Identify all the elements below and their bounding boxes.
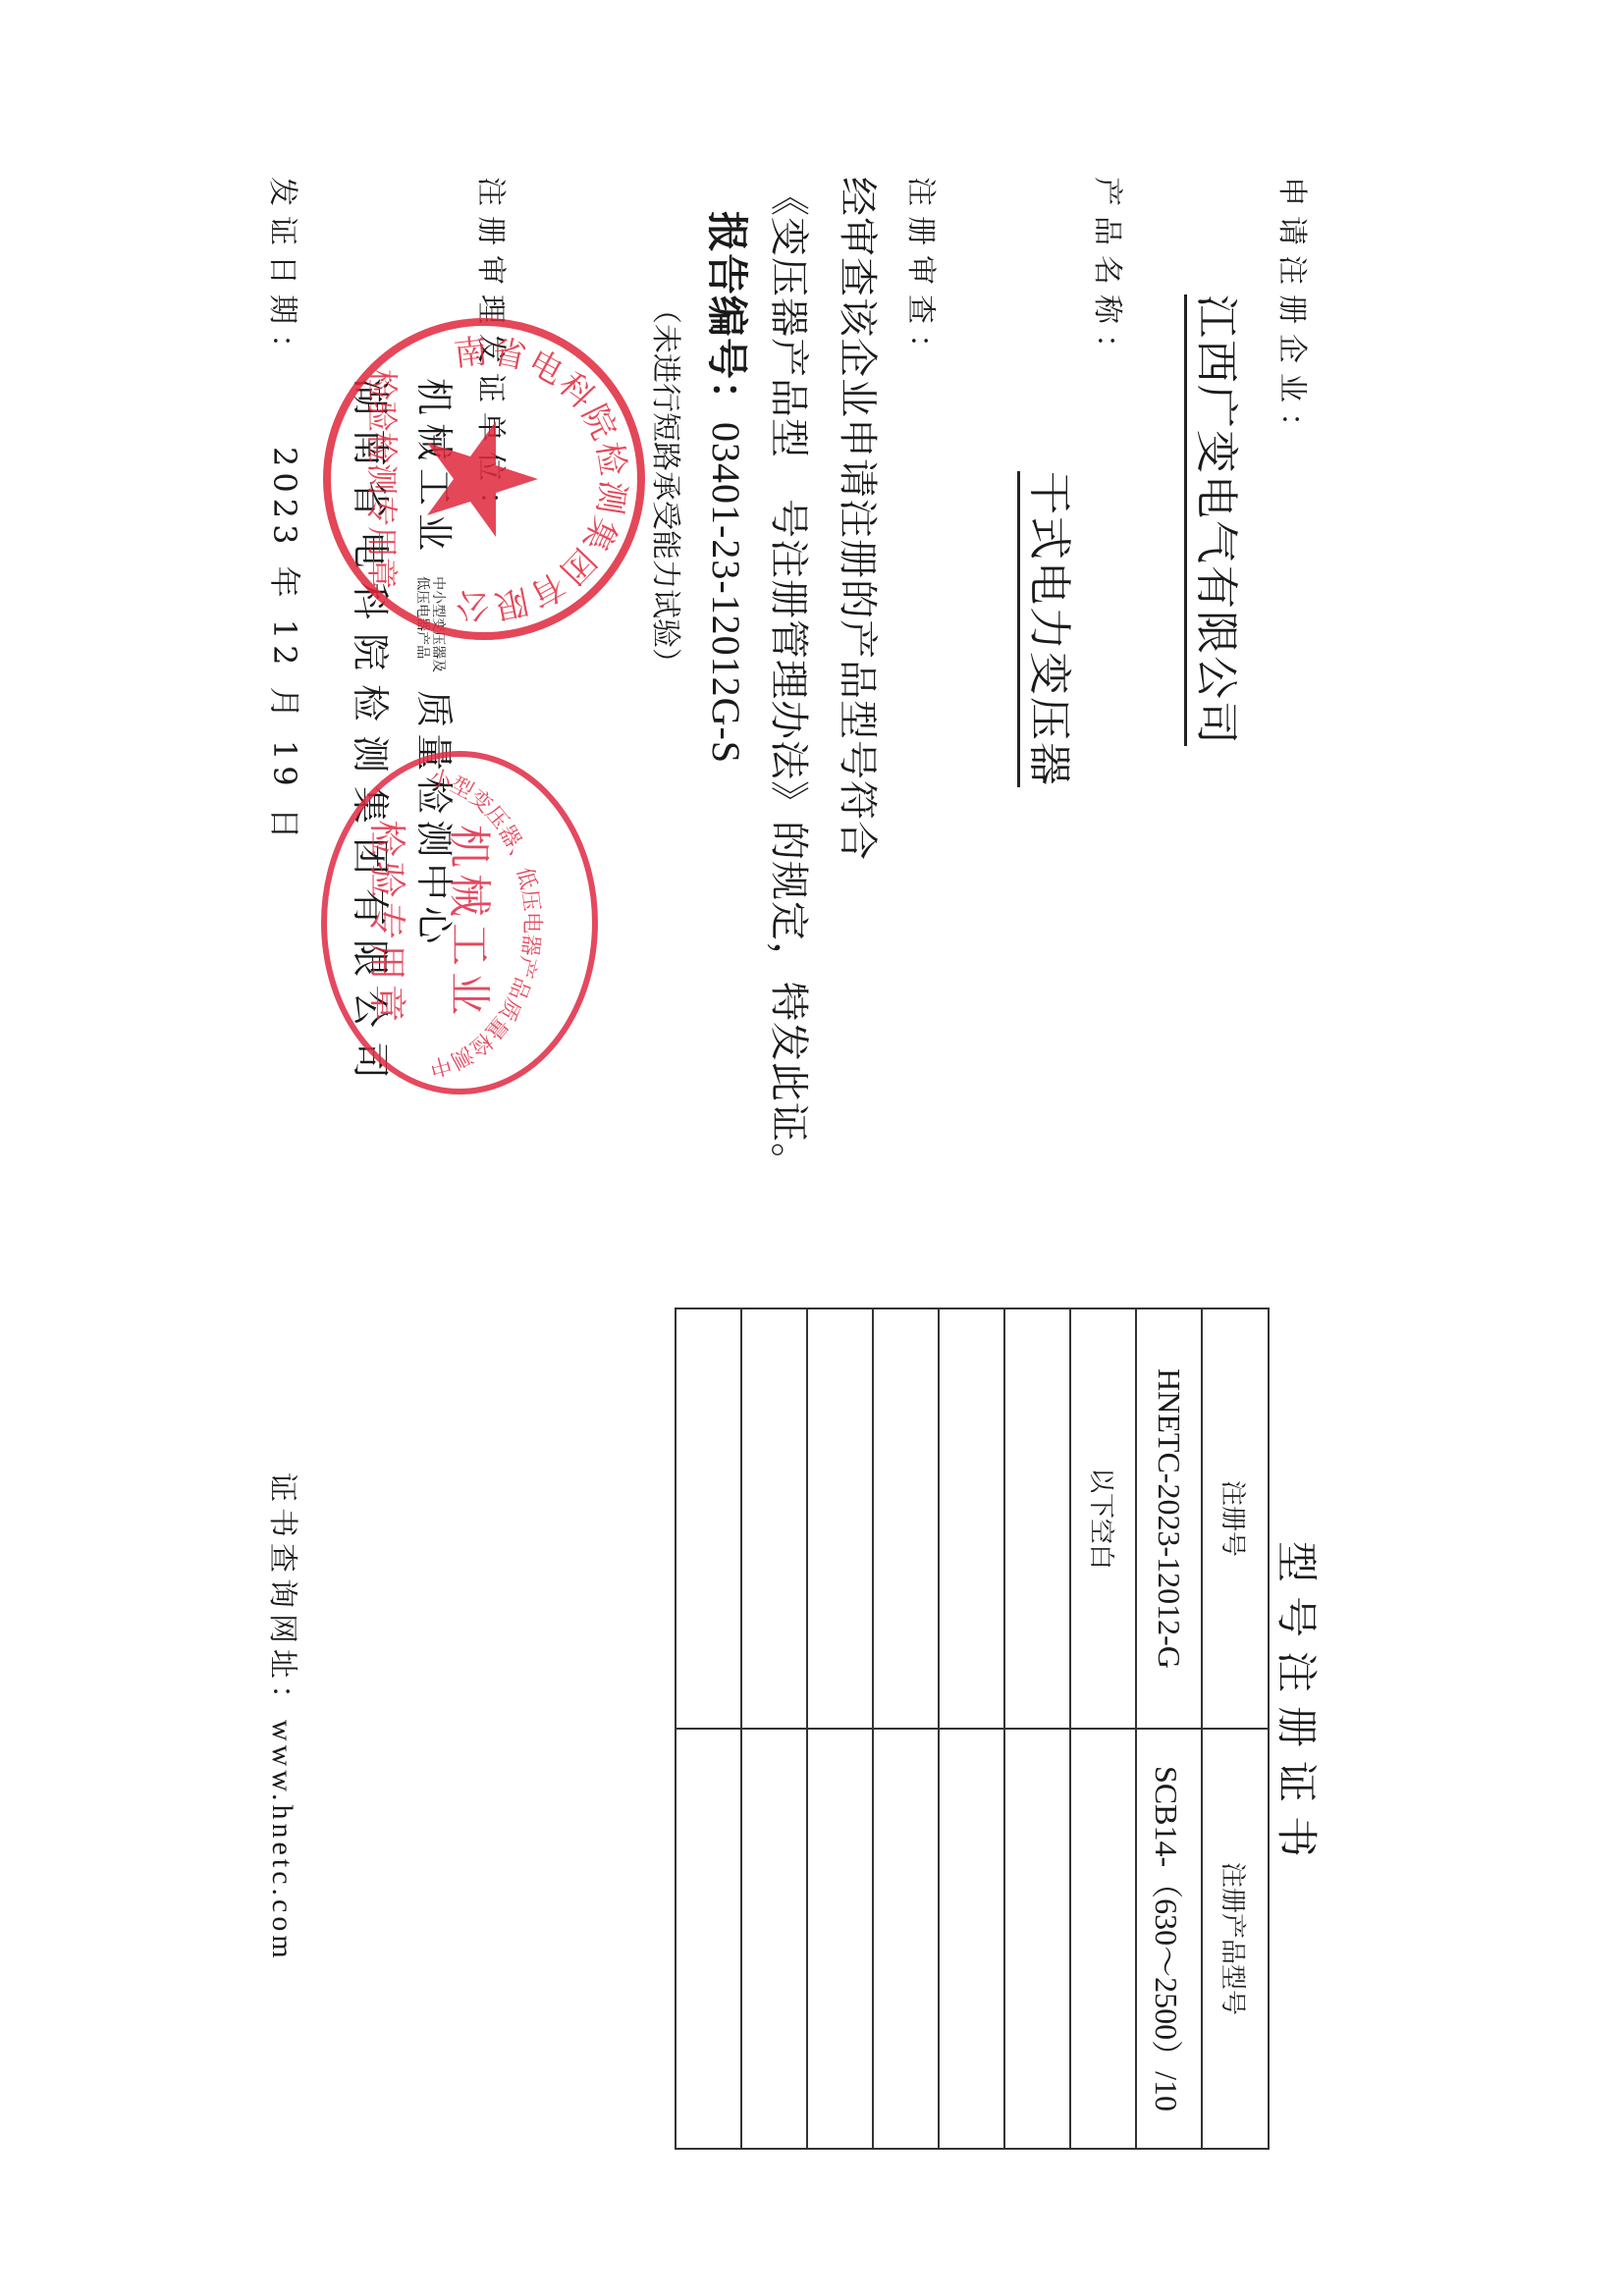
issue-date: 2023 年 12 月 19 日: [264, 447, 309, 845]
certificate-page: 申请注册企业： 江西广变电气有限公司 产品名称： 干式电力变压器 注册审查： 经…: [0, 0, 1623, 2296]
product-model-cell: SCB14-（630～2500）/10: [1136, 1729, 1202, 2149]
report-number: 03401-23-12012G-S: [704, 422, 748, 764]
product-model-cell: [1004, 1729, 1070, 2149]
registration-number-cell: [939, 1308, 1004, 1729]
product-model-cell: [807, 1729, 873, 2149]
registration-number-cell: [1004, 1308, 1070, 1729]
table-header-row: 注册号注册产品型号: [1202, 1308, 1269, 2149]
center-seal-icon: 中小型变压器、低压电器产品质量检测中心 机械工业 检验专用章: [317, 746, 602, 1099]
registration-number-cell: [741, 1308, 807, 1729]
registration-number-cell: [676, 1308, 741, 1729]
svg-text:检验检测专用章: 检验检测专用章: [363, 369, 401, 589]
center-seal: 中小型变压器、低压电器产品质量检测中心 机械工业 检验专用章: [317, 746, 602, 1099]
company-label: 申请注册企业：: [1273, 177, 1317, 452]
company-name: 江西广变电气有限公司: [1184, 294, 1252, 746]
report-note: （未进行短路承受能力试验）: [647, 294, 690, 677]
report-label: 报告编号：: [703, 211, 751, 422]
review-label: 注册审查：: [902, 177, 946, 373]
table-row: [807, 1308, 873, 2149]
company-seal-icon: 湖南省电科院检测集团有限公司 检验检测专用章: [317, 312, 651, 646]
register-table: 注册号注册产品型号HNETC-2023-12012-GSCB14-（630～25…: [675, 1308, 1270, 2150]
product-model-cell: [1070, 1729, 1136, 2149]
product-model-cell: [741, 1729, 807, 2149]
product-model-cell: [676, 1729, 741, 2149]
registration-number-cell: [873, 1308, 939, 1729]
registration-number-cell: 以下空白: [1070, 1308, 1136, 1729]
company-seal: 湖南省电科院检测集团有限公司 检验检测专用章: [317, 312, 651, 646]
date-label: 发证日期：: [264, 177, 307, 373]
product-model-cell: [873, 1729, 939, 2149]
review-line-1: 经审查该企业申请注册的产品型号符合: [833, 177, 889, 861]
product-model-cell: [939, 1729, 1004, 2149]
table-row: 以下空白: [1070, 1308, 1136, 2149]
query-url-line: 证书查询网址：www.hnetc.com: [264, 1472, 307, 1962]
review-line-2: 《变压器产品型 号注册管理办法》的规定，特发此证。: [764, 177, 820, 1183]
svg-text:机械工业: 机械工业: [444, 825, 494, 1021]
table-row: [939, 1308, 1004, 2149]
report-number-line: 报告编号：03401-23-12012G-S: [700, 211, 759, 764]
registration-number-cell: HNETC-2023-12012-G: [1136, 1308, 1202, 1729]
table-row: [873, 1308, 939, 2149]
product-name: 干式电力变压器: [1017, 471, 1085, 787]
column-header: 注册号: [1202, 1308, 1269, 1729]
product-label: 产品名称：: [1089, 177, 1132, 373]
table-row: [741, 1308, 807, 2149]
registration-number-cell: [807, 1308, 873, 1729]
table-row: HNETC-2023-12012-GSCB14-（630～2500）/10: [1136, 1308, 1202, 2149]
svg-text:检验专用章: 检验专用章: [365, 820, 408, 1026]
query-label: 证书查询网址：: [265, 1472, 299, 1720]
column-header: 注册产品型号: [1202, 1729, 1269, 2149]
table-row: [676, 1308, 741, 2149]
certificate-title: 型号注册证书: [1270, 1541, 1328, 1871]
table-row: [1004, 1308, 1070, 2149]
query-url[interactable]: www.hnetc.com: [266, 1720, 298, 1962]
